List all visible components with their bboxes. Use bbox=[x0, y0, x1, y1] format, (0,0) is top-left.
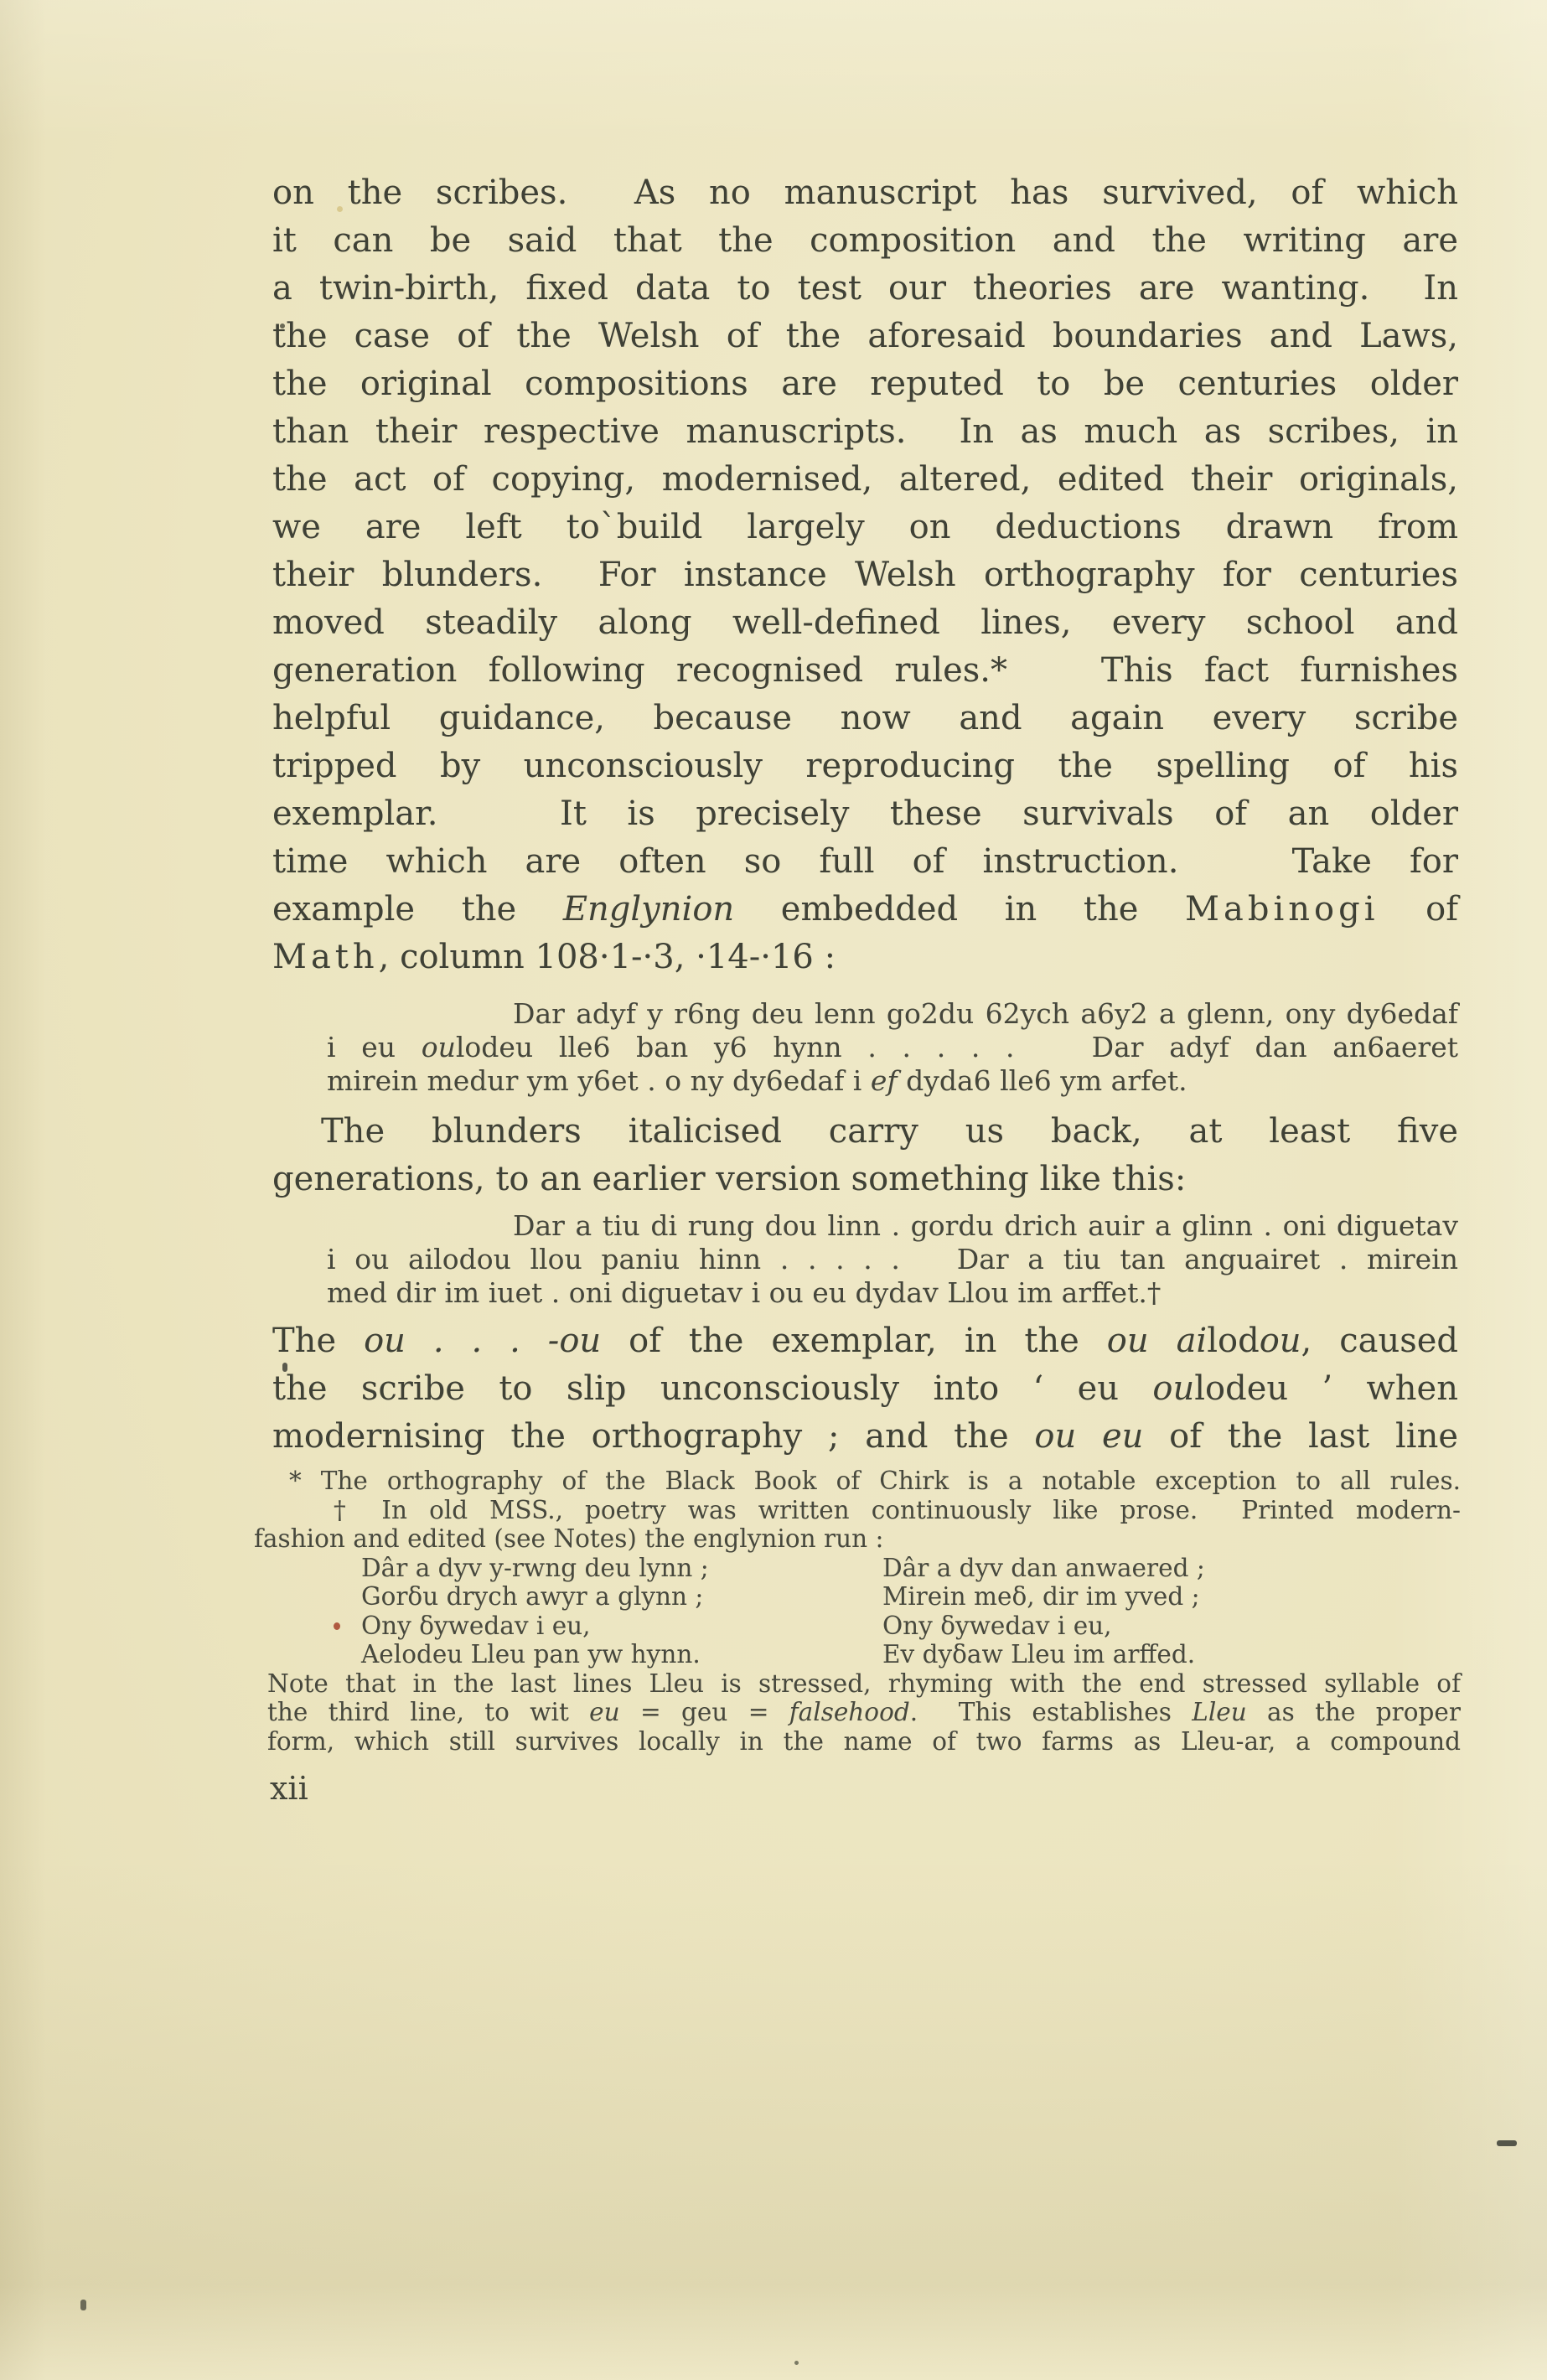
paragraph-line: it can be said that the composition and … bbox=[272, 217, 1458, 265]
paragraph-line: the case of the Welsh of the aforesaid b… bbox=[272, 313, 1458, 360]
welsh-quote-line: Dar a tiu di rung dou linn . gordu drich… bbox=[327, 1209, 1458, 1243]
paragraph-line: the original compositions are reputed to… bbox=[272, 360, 1458, 408]
ink-speck bbox=[280, 323, 285, 329]
paragraph-line: The ou . . . -ou of the exemplar, in the… bbox=[272, 1317, 1458, 1365]
paragraph-line: modernising the orthography ; and the ou… bbox=[272, 1413, 1458, 1461]
englyn-left-column: Dâr a dyv y-rwng deu lynn ; Gorδu drych … bbox=[361, 1554, 830, 1669]
footnote-dagger-line: † In old MSS., poetry was written contin… bbox=[254, 1496, 1461, 1525]
englyn-right-line: Ony δywedav i eu, bbox=[882, 1612, 1352, 1641]
edge-dash-mark bbox=[1497, 2140, 1517, 2146]
englyn-right-column: Dâr a dyv dan anwaered ; Mirein meδ, dir… bbox=[882, 1554, 1352, 1669]
welsh-quote-line: i ou ailodou llou paniu hinn . . . . . D… bbox=[327, 1243, 1458, 1276]
book-page: { "page": { "number": "xii" }, "colors":… bbox=[0, 0, 1547, 2380]
paper-speck bbox=[337, 206, 343, 212]
footnote-note-line: form, which still survives locally in th… bbox=[254, 1727, 1461, 1757]
englyn-right-line: Ev dyδaw Lleu im arffed. bbox=[882, 1640, 1352, 1669]
footnote-note-line: the third line, to wit eu = geu = falseh… bbox=[254, 1698, 1461, 1727]
paragraph-line: example the Englynion embedded in the Ma… bbox=[272, 886, 1458, 934]
paragraph-line: tripped by unconsciously reproducing the… bbox=[272, 742, 1458, 790]
main-text-block: on the scribes. As no manuscript has sur… bbox=[272, 169, 1458, 981]
footnotes-block: * The orthography of the Black Book of C… bbox=[254, 1467, 1461, 1756]
welsh-quote-line: mirein medur ym y6et . o ny dy6edaf i ef… bbox=[327, 1064, 1458, 1098]
englyn-right-line: Mirein meδ, dir im yved ; bbox=[882, 1582, 1352, 1612]
paragraph-line: helpful guidance, because now and again … bbox=[272, 695, 1458, 742]
paragraph-line: generation following recognised rules.* … bbox=[272, 647, 1458, 695]
welsh-quote-line: med dir im iuet . oni diguetav i ou eu d… bbox=[327, 1276, 1458, 1310]
paragraph-line: The blunders italicised carry us back, a… bbox=[272, 1108, 1458, 1156]
paragraph-line: the act of copying, modernised, altered,… bbox=[272, 456, 1458, 504]
margin-mark bbox=[282, 1363, 287, 1372]
paragraph-line: time which are often so full of instruct… bbox=[272, 838, 1458, 886]
paragraph-exemplar: The ou . . . -ou of the exemplar, in the… bbox=[272, 1317, 1458, 1461]
welsh-quote-line: i eu oulodeu lle6 ban y6 hynn . . . . . … bbox=[327, 1031, 1458, 1064]
paragraph-line: than their respective manuscripts. In as… bbox=[272, 408, 1458, 456]
paragraph-line: exemplar. It is precisely these survival… bbox=[272, 790, 1458, 838]
englyn-left-line: Dâr a dyv y-rwng deu lynn ; bbox=[361, 1554, 830, 1583]
welsh-quote-manuscript: Dar adyf y r6ng deu lenn go2du 62ych a6y… bbox=[327, 997, 1458, 1098]
paragraph-line: on the scribes. As no manuscript has sur… bbox=[272, 169, 1458, 217]
paragraph-line: moved steadily along well-defined lines,… bbox=[272, 599, 1458, 647]
paragraph-line: Math, column 108·1-·3, ·14-·16 : bbox=[272, 934, 1458, 981]
ink-speck bbox=[794, 2361, 799, 2365]
paragraph-blunders: The blunders italicised carry us back, a… bbox=[272, 1108, 1458, 1203]
paragraph-line: the scribe to slip unconsciously into ‘ … bbox=[272, 1365, 1458, 1413]
footnote-dagger-line: fashion and edited (see Notes) the engly… bbox=[254, 1524, 1461, 1554]
paragraph-line: we are left to`build largely on deductio… bbox=[272, 504, 1458, 551]
englyn-left-line: Aelodeu Lleu pan yw hynn. bbox=[361, 1640, 830, 1669]
englynion-printed-verse: Dâr a dyv y-rwng deu lynn ; Gorδu drych … bbox=[254, 1554, 1461, 1669]
margin-mark bbox=[80, 2300, 86, 2310]
paragraph-line: their blunders. For instance Welsh ortho… bbox=[272, 551, 1458, 599]
paragraph-line: a twin-birth, fixed data to test our the… bbox=[272, 265, 1458, 313]
footnote-note-line: Note that in the last lines Lleu is stre… bbox=[254, 1669, 1461, 1699]
footnote-star: * The orthography of the Black Book of C… bbox=[254, 1467, 1461, 1496]
welsh-quote-line: Dar adyf y r6ng deu lenn go2du 62ych a6y… bbox=[327, 997, 1458, 1031]
englyn-left-line: Gorδu drych awyr a glynn ; bbox=[361, 1582, 830, 1612]
page-number: xii bbox=[270, 1770, 308, 1807]
englyn-right-line: Dâr a dyv dan anwaered ; bbox=[882, 1554, 1352, 1583]
welsh-quote-earlier-version: Dar a tiu di rung dou linn . gordu drich… bbox=[327, 1209, 1458, 1310]
paragraph-line: generations, to an earlier version somet… bbox=[272, 1156, 1458, 1203]
red-fleck bbox=[334, 1622, 340, 1630]
englyn-left-line: Ony δywedav i eu, bbox=[361, 1612, 830, 1641]
